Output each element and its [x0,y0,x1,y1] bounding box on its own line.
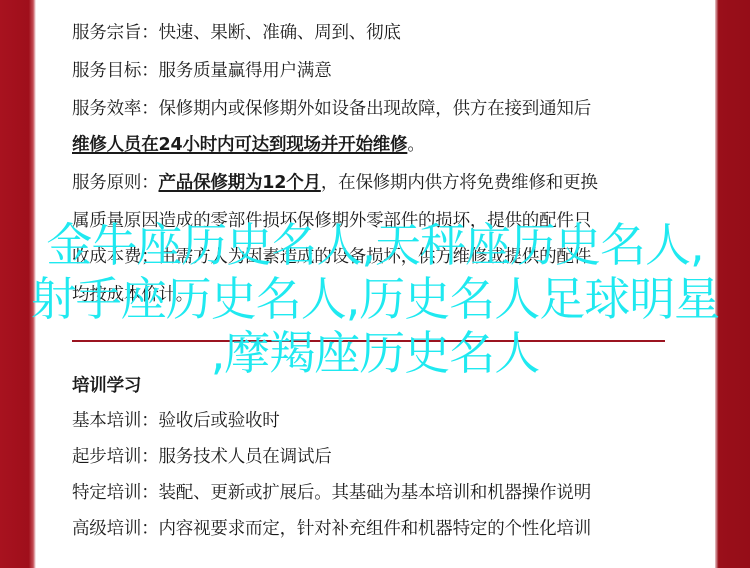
line-text: 内容视要求而定，针对补充组件和机器特定的个性化培训 [159,519,592,539]
left-red-border [0,0,36,568]
training-item-specific: 特定培训：装配、更新或扩展后。其基础为基本培训和机器操作说明 [72,482,591,504]
line-tail: ，在保修期内供方将免费维修和更换 [321,173,598,193]
emphasis-text: 产品保修期为12个月 [159,173,321,193]
line-text: 快速、果断、准确、周到、彻底 [159,23,401,43]
response-time-line: 维修人员在24小时内可达到现场并开始维修。 [72,134,425,156]
line-label: 特定培训： [72,483,159,503]
warranty-detail-line-2: 收成本费；由需方人为因素造成的设备损坏，供方维修或提供的配件 [72,246,591,268]
line-text: 装配、更新或扩展后。其基础为基本培训和机器操作说明 [159,483,592,503]
line-label: 服务原则： [72,173,159,193]
line-text: 属质量原因造成的零部件损坏保修期外零部件的损坏，提供的配件只 [72,211,591,231]
line-label: 高级培训： [72,519,159,539]
warranty-detail-line-3: 均按成本价计。 [72,284,193,306]
line-label: 起步培训： [72,447,159,467]
service-principle-line: 服务原则：产品保修期为12个月，在保修期内供方将免费维修和更换 [72,172,598,194]
training-section-title: 培训学习 [72,375,141,397]
line-tail: 。 [407,135,424,155]
line-label: 服务宗旨： [72,23,159,43]
service-purpose-line: 服务宗旨：快速、果断、准确、周到、彻底 [72,22,401,44]
line-text: 服务技术人员在调试后 [159,447,332,467]
line-text: 均按成本价计。 [72,285,193,305]
line-label: 基本培训： [72,411,159,431]
line-label: 服务效率： [72,99,159,119]
emphasis-text: 维修人员在24小时内可达到现场并开始维修 [72,135,407,155]
service-efficiency-line: 服务效率：保修期内或保修期外如设备出现故障，供方在接到通知后 [72,98,591,120]
service-goal-line: 服务目标：服务质量赢得用户满意 [72,60,332,82]
line-text: 服务质量赢得用户满意 [159,61,332,81]
training-item-basic: 基本培训：验收后或验收时 [72,410,280,432]
line-text: 保修期内或保修期外如设备出现故障，供方在接到通知后 [159,99,592,119]
line-text: 验收后或验收时 [159,411,280,431]
line-label: 服务目标： [72,61,159,81]
section-divider [72,340,665,342]
training-item-starter: 起步培训：服务技术人员在调试后 [72,446,332,468]
line-text: 收成本费；由需方人为因素造成的设备损坏，供方维修或提供的配件 [72,247,591,267]
warranty-detail-line-1: 属质量原因造成的零部件损坏保修期外零部件的损坏，提供的配件只 [72,210,591,232]
training-item-advanced: 高级培训：内容视要求而定，针对补充组件和机器特定的个性化培训 [72,518,591,540]
right-red-border [715,0,750,568]
overlay-line-3: ,摩羯座历史名人 [0,326,750,380]
